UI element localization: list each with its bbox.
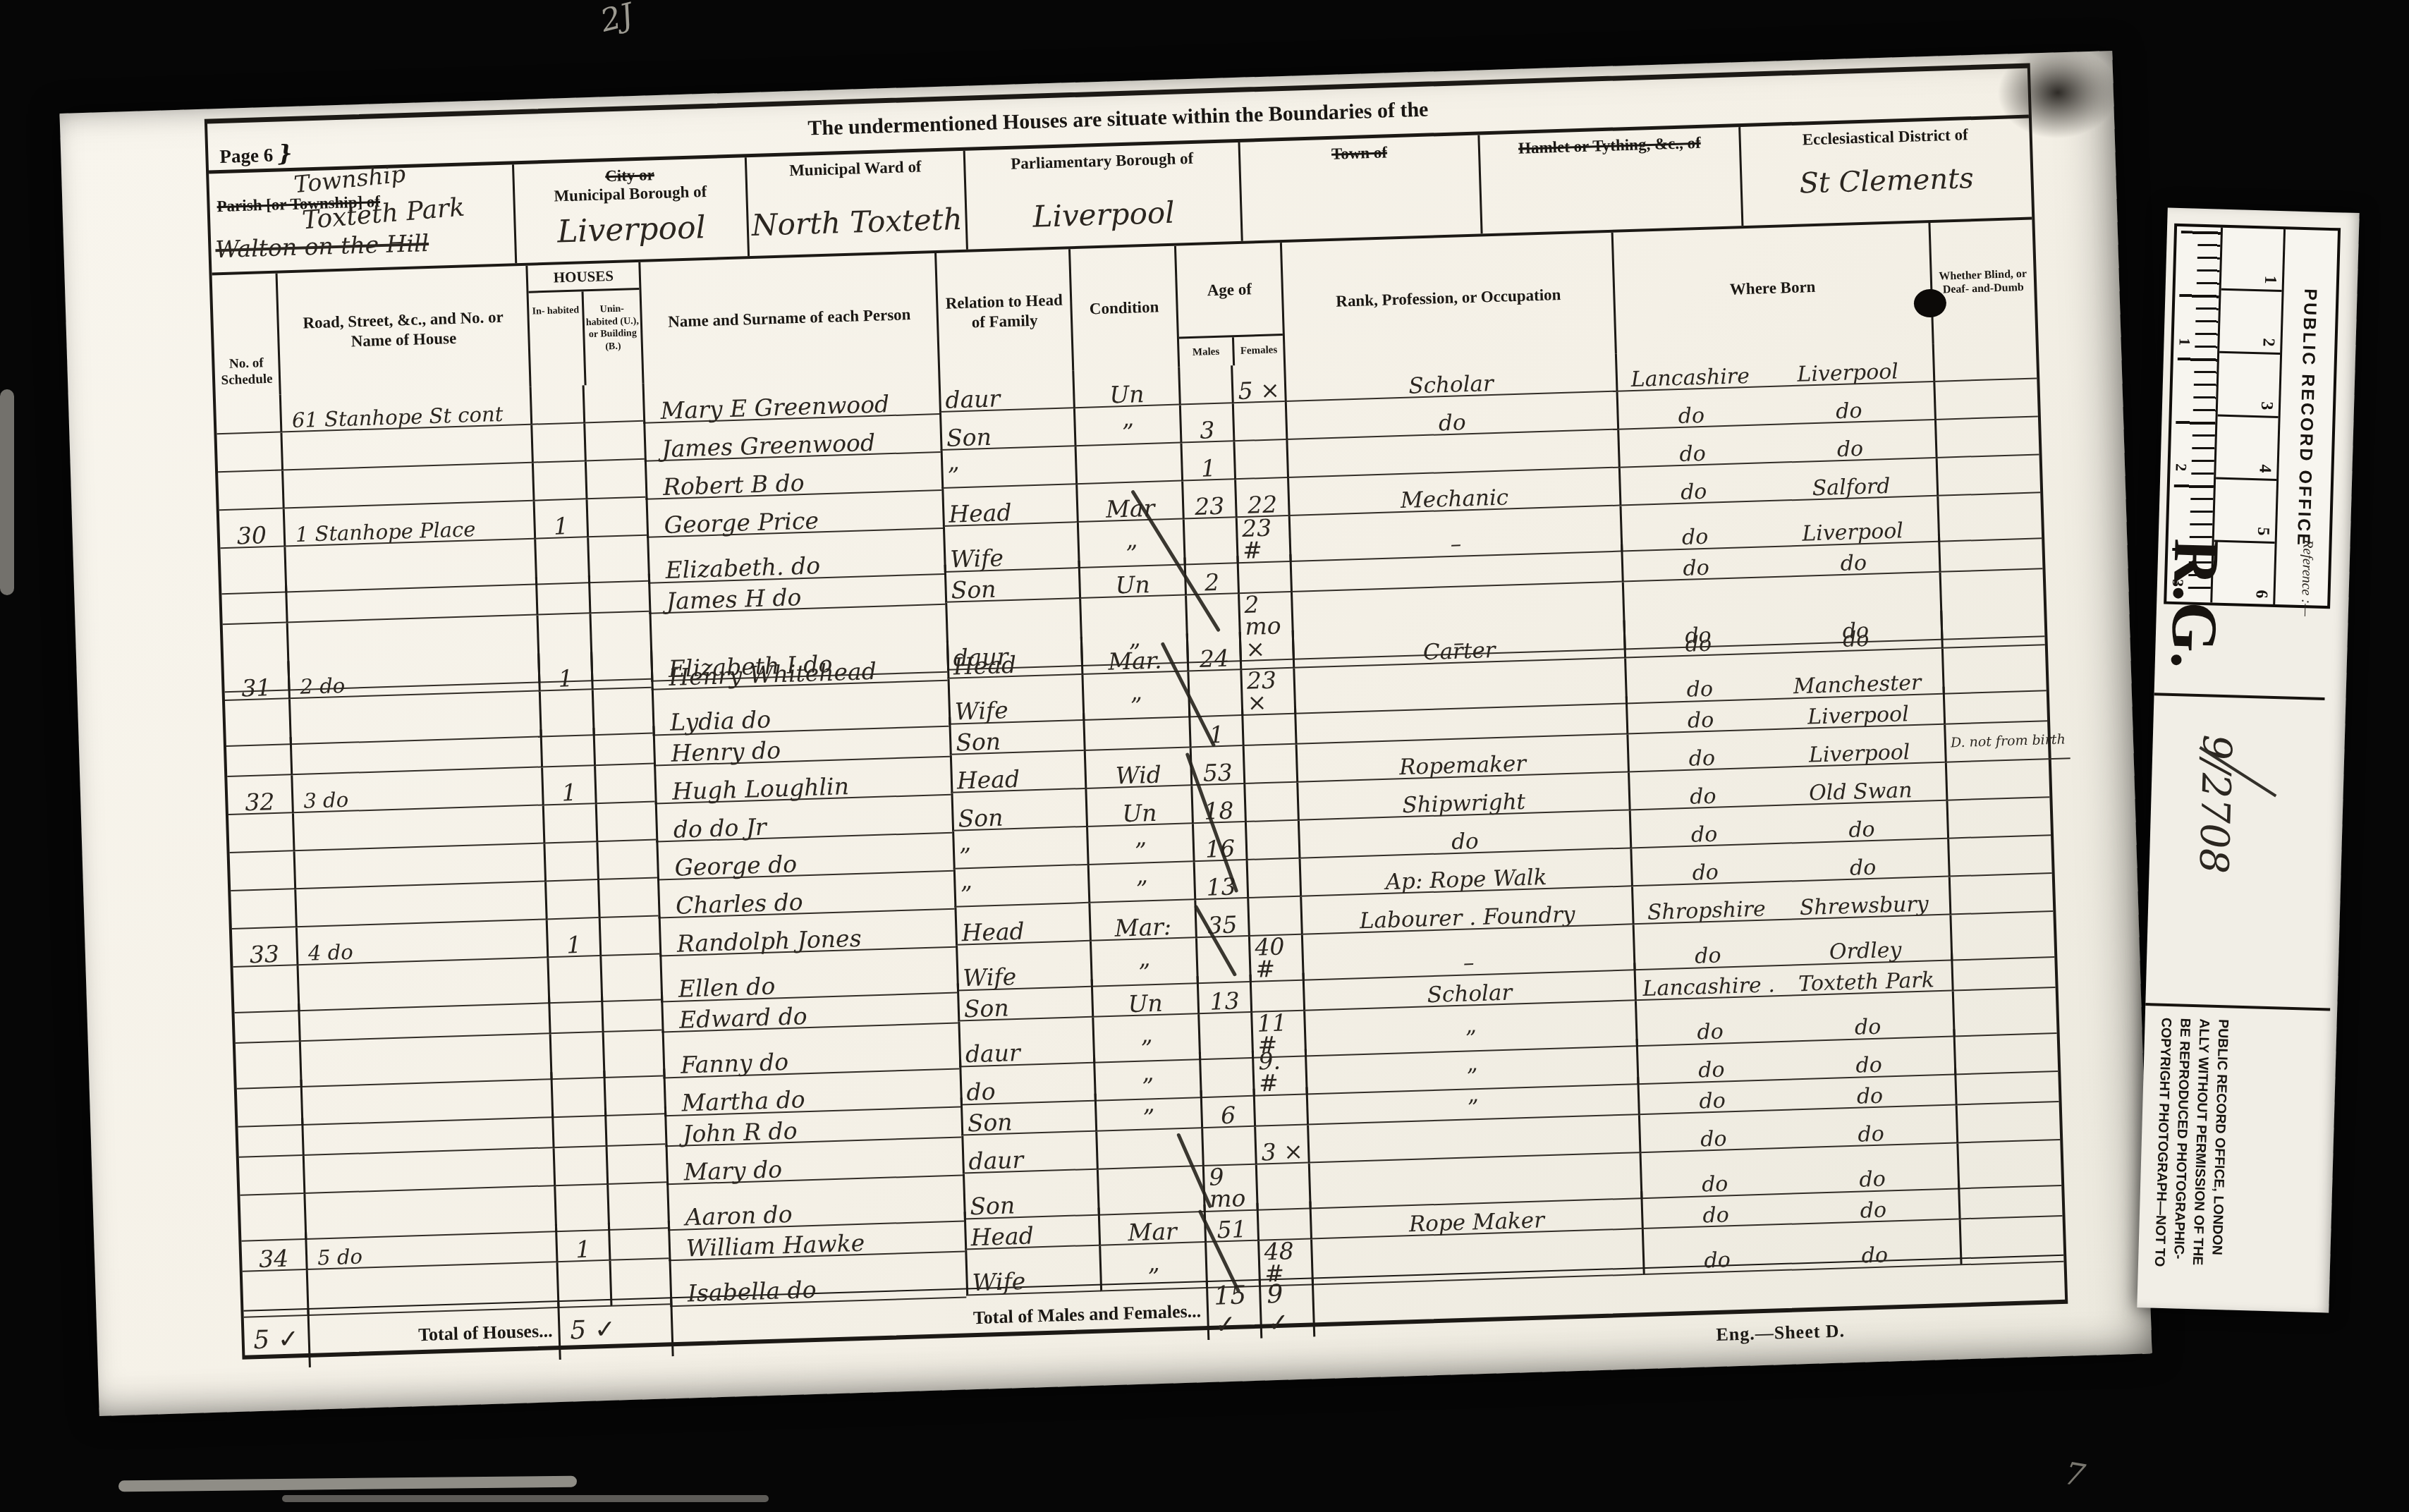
- cell-relation: Son: [960, 1094, 1096, 1136]
- cell-schedule-number: [221, 585, 286, 625]
- born-place: do: [1776, 817, 1947, 843]
- cell-condition: Mar: [1075, 482, 1183, 523]
- cell-houses-inhabited: 1: [537, 652, 592, 691]
- film-scratch-mark-top: 2J: [597, 0, 638, 39]
- cell-houses-inhabited: [542, 804, 597, 843]
- hamlet-struck-label: Hamlet or Tything, &c., of: [1480, 133, 1740, 159]
- cell-relation: Son: [951, 789, 1086, 831]
- born-place: do: [1786, 1122, 1956, 1147]
- cell-disability-remark: [1947, 836, 2052, 877]
- born-county: do: [1628, 709, 1773, 733]
- cell-condition: Un: [1085, 786, 1192, 827]
- ruler-inch-cell: 4: [2216, 416, 2278, 481]
- born-place: Toxteth Park: [1781, 970, 1952, 995]
- cell-houses-inhabited: [551, 1109, 606, 1148]
- field-parliamentary-borough: Parliamentary Borough of Liverpool: [963, 142, 1241, 250]
- cell-schedule-number: [238, 1118, 303, 1158]
- born-county: do: [1620, 442, 1765, 467]
- sheet-footer: Eng.—Sheet D.: [1716, 1320, 1846, 1346]
- cell-houses-uninhabited: [585, 460, 646, 500]
- cell-relation: daur: [961, 1132, 1097, 1174]
- cell-age-female: 3 ×: [1254, 1126, 1308, 1165]
- cell-houses-uninhabited: [597, 879, 659, 919]
- cell-age-female: [1233, 440, 1287, 480]
- col-header-condition: Condition: [1068, 246, 1178, 371]
- field-parish: Township Parish [or Township] of Toxteth…: [209, 164, 515, 272]
- ruler-inch-cell: 5: [2214, 479, 2276, 544]
- col-header-relation: Relation to Head of Family: [934, 249, 1072, 374]
- col-header-age: Age of Males Females: [1174, 243, 1283, 367]
- cell-relation: ”: [952, 827, 1087, 870]
- parliamentary-label: Parliamentary Borough of: [965, 148, 1239, 175]
- born-county: do: [1630, 785, 1776, 810]
- cell-disability-remark: [1936, 455, 2041, 496]
- cell-age-male: 24: [1186, 632, 1240, 671]
- ecclesiastical-label: Ecclesiastical District of: [1740, 124, 2030, 152]
- cell-age-female: [1232, 402, 1286, 441]
- film-scratch-mark-bottom: 7: [2062, 1456, 2087, 1494]
- census-page: Page 6 } The undermentioned Houses are s…: [59, 51, 2152, 1416]
- ruler-inch-number: 2: [2258, 339, 2277, 348]
- born-county: do: [1643, 1203, 1788, 1228]
- card-divider: [2145, 1003, 2330, 1011]
- cell-age-male: 13: [1193, 860, 1248, 900]
- film-streak: [118, 1476, 577, 1492]
- cell-age-female: [1250, 973, 1304, 1013]
- born-place: Salford: [1766, 475, 1937, 500]
- cell-disability-remark: [1938, 531, 2043, 572]
- cell-age-female: [1245, 821, 1299, 860]
- cell-age-male: 3: [1179, 403, 1233, 443]
- col-header-blind: Whether Blind, or Deaf- and-Dumb: [1928, 220, 2035, 344]
- col-header-females: Females: [1232, 336, 1283, 365]
- cell-age-female: [1252, 1087, 1307, 1127]
- cell-houses-inhabited: 1: [541, 766, 595, 805]
- cell-schedule-number: [228, 813, 293, 853]
- ruler-inch-number: 3: [2257, 401, 2276, 410]
- cell-disability-remark: D. not from birth: [1944, 721, 2070, 762]
- total-schedules: 5 ✓: [243, 1310, 308, 1370]
- field-hamlet: Hamlet or Tything, &c., of: [1477, 127, 1741, 233]
- table-frame: Page 6 } The undermentioned Houses are s…: [205, 63, 2068, 1360]
- cell-houses-inhabited: [535, 575, 590, 615]
- cell-houses-uninhabited: [588, 574, 649, 614]
- cell-schedule-number: [230, 851, 295, 891]
- cell-disability-remark: [1958, 1178, 2063, 1219]
- page-number-label: Page 6: [219, 145, 274, 167]
- film-streak: [282, 1495, 769, 1502]
- born-county: do: [1629, 747, 1774, 772]
- born-county: Lancashire .: [1636, 975, 1781, 999]
- card-divider: [2154, 693, 2325, 700]
- cell-condition: ”: [1094, 1090, 1202, 1132]
- cell-disability-remark: [1948, 874, 2054, 915]
- cell-houses-inhabited: [532, 461, 586, 501]
- ruler-inch-cell: 2: [2219, 291, 2281, 355]
- pro-reference-strip: 1 2 3 1 2 3 4 5 6 PUBLIC RECORD OFFICE R…: [2137, 208, 2359, 1313]
- cell-age-male: 23: [1181, 480, 1236, 519]
- cell-age-female: [1256, 1202, 1310, 1241]
- ruler-inch-number: 1: [2260, 275, 2279, 284]
- cell-schedule-number: 30: [219, 508, 284, 549]
- born-place: Liverpool: [1762, 360, 1933, 386]
- born-county: do: [1626, 633, 1771, 657]
- born-county: do: [1641, 1127, 1786, 1152]
- cell-disability-remark: [1933, 379, 2038, 420]
- reference-label: Reference :—: [2298, 539, 2316, 616]
- town-struck-label: Town of: [1240, 140, 1479, 166]
- cell-disability-remark: [1943, 683, 2048, 724]
- cell-condition: Wid: [1084, 748, 1191, 789]
- cell-relation: ”: [941, 446, 1076, 489]
- cell-houses-inhabited: [539, 728, 594, 767]
- cell-disability-remark: [1946, 798, 2051, 839]
- ruler-cm-1: 1: [2175, 338, 2193, 346]
- cell-age-female: [1246, 859, 1300, 898]
- census-scan-photo: { "film": { "top_mark": "2J", "bottom_ma…: [0, 0, 2409, 1512]
- cell-condition: ”: [1087, 862, 1195, 903]
- ruler-cm-2: 2: [2171, 463, 2190, 472]
- cell-houses-uninhabited: [595, 803, 657, 843]
- born-place: do: [1778, 855, 1948, 881]
- cell-schedule-number: 34: [241, 1232, 306, 1272]
- cell-condition: Mar:: [1088, 900, 1195, 941]
- col-header-rank: Rank, Profession, or Occupation: [1280, 233, 1615, 364]
- copyright-notice: COPYRIGHT PHOTOGRAPH—NOT TO BE REPRODUCE…: [2149, 1018, 2233, 1274]
- cell-condition: [1075, 444, 1182, 485]
- cell-houses-uninhabited: [590, 650, 652, 690]
- cell-schedule-number: 31: [224, 661, 288, 701]
- col-header-road: Road, Street, &c., and No. or Name of Ho…: [276, 266, 530, 395]
- born-place: Liverpool: [1774, 741, 1945, 767]
- born-place: do: [1768, 551, 1939, 576]
- cell-disability-remark: [1934, 417, 2039, 458]
- cell-houses-inhabited: 1: [533, 499, 587, 539]
- cell-houses-uninhabited: [586, 498, 647, 538]
- cell-age-male: [1201, 1127, 1255, 1166]
- cell-disability-remark: [1940, 607, 2045, 648]
- cell-houses-uninhabited: [606, 1145, 667, 1185]
- field-municipal-ward: Municipal Ward of North Toxteth: [745, 151, 966, 256]
- born-county: do: [1631, 823, 1776, 848]
- cell-age-male: [1178, 365, 1232, 405]
- houses-group-label: HOUSES: [527, 262, 639, 293]
- cell-condition: Un: [1078, 558, 1185, 599]
- cell-houses-uninhabited: [601, 992, 662, 1032]
- cell-schedule-number: 32: [227, 775, 292, 815]
- ruler-inch-number: 4: [2255, 464, 2274, 473]
- cell-houses-inhabited: [553, 1147, 607, 1186]
- col-header-uninhabited: Unin- habited (U.), or Building (B.): [582, 290, 642, 385]
- cell-houses-inhabited: [530, 423, 585, 463]
- field-municipal-borough: City or Municipal Borough of Liverpool: [512, 157, 748, 263]
- born-county: do: [1623, 556, 1769, 581]
- cell-relation: Head: [941, 484, 1077, 527]
- cell-relation: ”: [953, 865, 1089, 908]
- ruler-inch-cell: 3: [2218, 353, 2280, 418]
- born-place: Liverpool: [1773, 703, 1944, 728]
- cell-houses-inhabited: [530, 385, 584, 425]
- cell-relation: Head: [946, 637, 1082, 679]
- cell-relation: Head: [950, 751, 1085, 793]
- cell-houses-inhabited: [543, 842, 597, 882]
- cell-relation: Head: [954, 903, 1090, 946]
- col-header-schedule: No. of Schedule: [212, 274, 279, 397]
- born-place: do: [1784, 1084, 1955, 1109]
- total-males-value: 15 ✓: [1206, 1281, 1260, 1340]
- cell-condition: Un: [1091, 976, 1198, 1018]
- cell-condition: Mar.: [1080, 633, 1188, 675]
- born-place: do: [1764, 437, 1935, 462]
- cell-age-female: 5 ×: [1231, 364, 1285, 403]
- cell-age-female: 22: [1234, 478, 1288, 518]
- cell-schedule-number: [226, 737, 291, 777]
- ward-label: Municipal Ward of: [747, 157, 964, 182]
- col-header-inhabited: In- habited: [529, 291, 585, 386]
- series-label: R.G.: [2157, 537, 2266, 670]
- cell-disability-remark: [1956, 1102, 2061, 1143]
- ecclesiastical-value: St Clements: [1742, 161, 2031, 202]
- cell-condition: Mar: [1098, 1205, 1205, 1246]
- cell-disability-remark: [1951, 950, 2056, 991]
- cell-schedule-number: [218, 471, 283, 511]
- born-county: do: [1621, 480, 1767, 505]
- page-number-brace: }: [277, 140, 293, 167]
- col-header-name: Name and Surname of each Person: [638, 253, 938, 384]
- born-county: Lancashire: [1618, 366, 1763, 391]
- born-place: do: [1771, 627, 1941, 652]
- cell-age-female: [1243, 783, 1298, 822]
- total-houses-value: 5 ✓: [557, 1298, 671, 1360]
- age-group-label: Age of: [1176, 243, 1283, 336]
- cell-age-female: [1236, 554, 1291, 594]
- total-females-value: 9 ✓: [1259, 1279, 1313, 1338]
- cell-houses-uninhabited: [608, 1221, 669, 1261]
- cell-condition: Un: [1072, 367, 1179, 409]
- born-county: do: [1618, 404, 1764, 429]
- cell-schedule-number: [234, 1004, 299, 1044]
- born-place: Shrewsbury: [1779, 894, 1949, 919]
- table-body: 61 Stanhope St cont Mary E Greenwood dau…: [216, 341, 2063, 1310]
- cell-age-female: [1239, 630, 1293, 670]
- cell-houses-uninhabited: [592, 726, 654, 767]
- cell-relation: Son: [939, 408, 1075, 451]
- borough-value: Liverpool: [516, 208, 747, 251]
- cell-schedule-number: [216, 395, 281, 435]
- cell-schedule-number: [216, 433, 281, 473]
- cell-disability-remark: [1954, 1064, 2059, 1105]
- col-header-where-born: Where Born: [1611, 223, 1932, 354]
- total-houses-label: Total of Houses...: [307, 1302, 559, 1367]
- cell-age-male: 13: [1197, 975, 1251, 1014]
- field-ecclesiastical-district: Ecclesiastical District of St Clements: [1738, 118, 2032, 226]
- cell-houses-uninhabited: [583, 422, 645, 462]
- cell-age-female: [1243, 745, 1297, 784]
- cell-relation: Head: [964, 1208, 1099, 1250]
- page-number: Page 6 }: [219, 140, 293, 169]
- cell-schedule-number: 33: [232, 927, 297, 968]
- cell-disability-remark: [1932, 341, 2037, 382]
- born-place: do: [1764, 398, 1934, 424]
- cell-age-male: 6: [1200, 1089, 1255, 1128]
- cell-houses-inhabited: [544, 880, 599, 920]
- cell-age-male: 1: [1180, 441, 1234, 481]
- parliamentary-value: Liverpool: [967, 193, 1240, 236]
- born-place: Old Swan: [1775, 779, 1946, 805]
- field-town: Town of: [1238, 135, 1480, 241]
- cell-age-female: [1241, 707, 1295, 746]
- born-county: do: [1640, 1089, 1785, 1114]
- cell-houses-uninhabited: [604, 1106, 666, 1147]
- cell-houses-uninhabited: [599, 916, 660, 956]
- cell-relation: Son: [957, 980, 1092, 1022]
- born-place: do: [1788, 1198, 1958, 1224]
- parish-struck-value: Walton on the Hill: [215, 229, 429, 263]
- cell-condition: ”: [1086, 824, 1193, 865]
- cell-schedule-number: [239, 1156, 304, 1196]
- cell-houses-uninhabited: [583, 384, 644, 424]
- col-header-houses: HOUSES In- habited Unin- habited (U.), o…: [525, 262, 642, 387]
- film-streak: [0, 389, 14, 595]
- cell-houses-uninhabited: [594, 764, 655, 805]
- ward-value: North Toxteth: [748, 202, 965, 243]
- born-county: do: [1633, 860, 1778, 885]
- cell-relation: daur: [938, 370, 1073, 413]
- cell-houses-inhabited: 1: [546, 918, 600, 958]
- cell-condition: [1082, 709, 1190, 751]
- cell-houses-inhabited: [548, 994, 602, 1034]
- cell-condition: ”: [1073, 406, 1181, 447]
- col-header-males: Males: [1179, 337, 1233, 367]
- ruler-inch-cell: 1: [2221, 228, 2283, 293]
- pro-office-label: PUBLIC RECORD OFFICE: [2293, 288, 2320, 547]
- cell-relation: Son: [949, 713, 1084, 755]
- born-county: Shropshire: [1634, 898, 1779, 923]
- cell-schedule-number: [231, 889, 295, 929]
- cell-houses-inhabited: 1: [555, 1223, 609, 1262]
- cell-disability-remark: [1945, 760, 2050, 800]
- cell-houses-uninhabited: [596, 841, 657, 881]
- ruler-inch-number: 5: [2253, 527, 2272, 536]
- cell-relation: Son: [944, 561, 1080, 603]
- cell-age-female: [1247, 897, 1301, 937]
